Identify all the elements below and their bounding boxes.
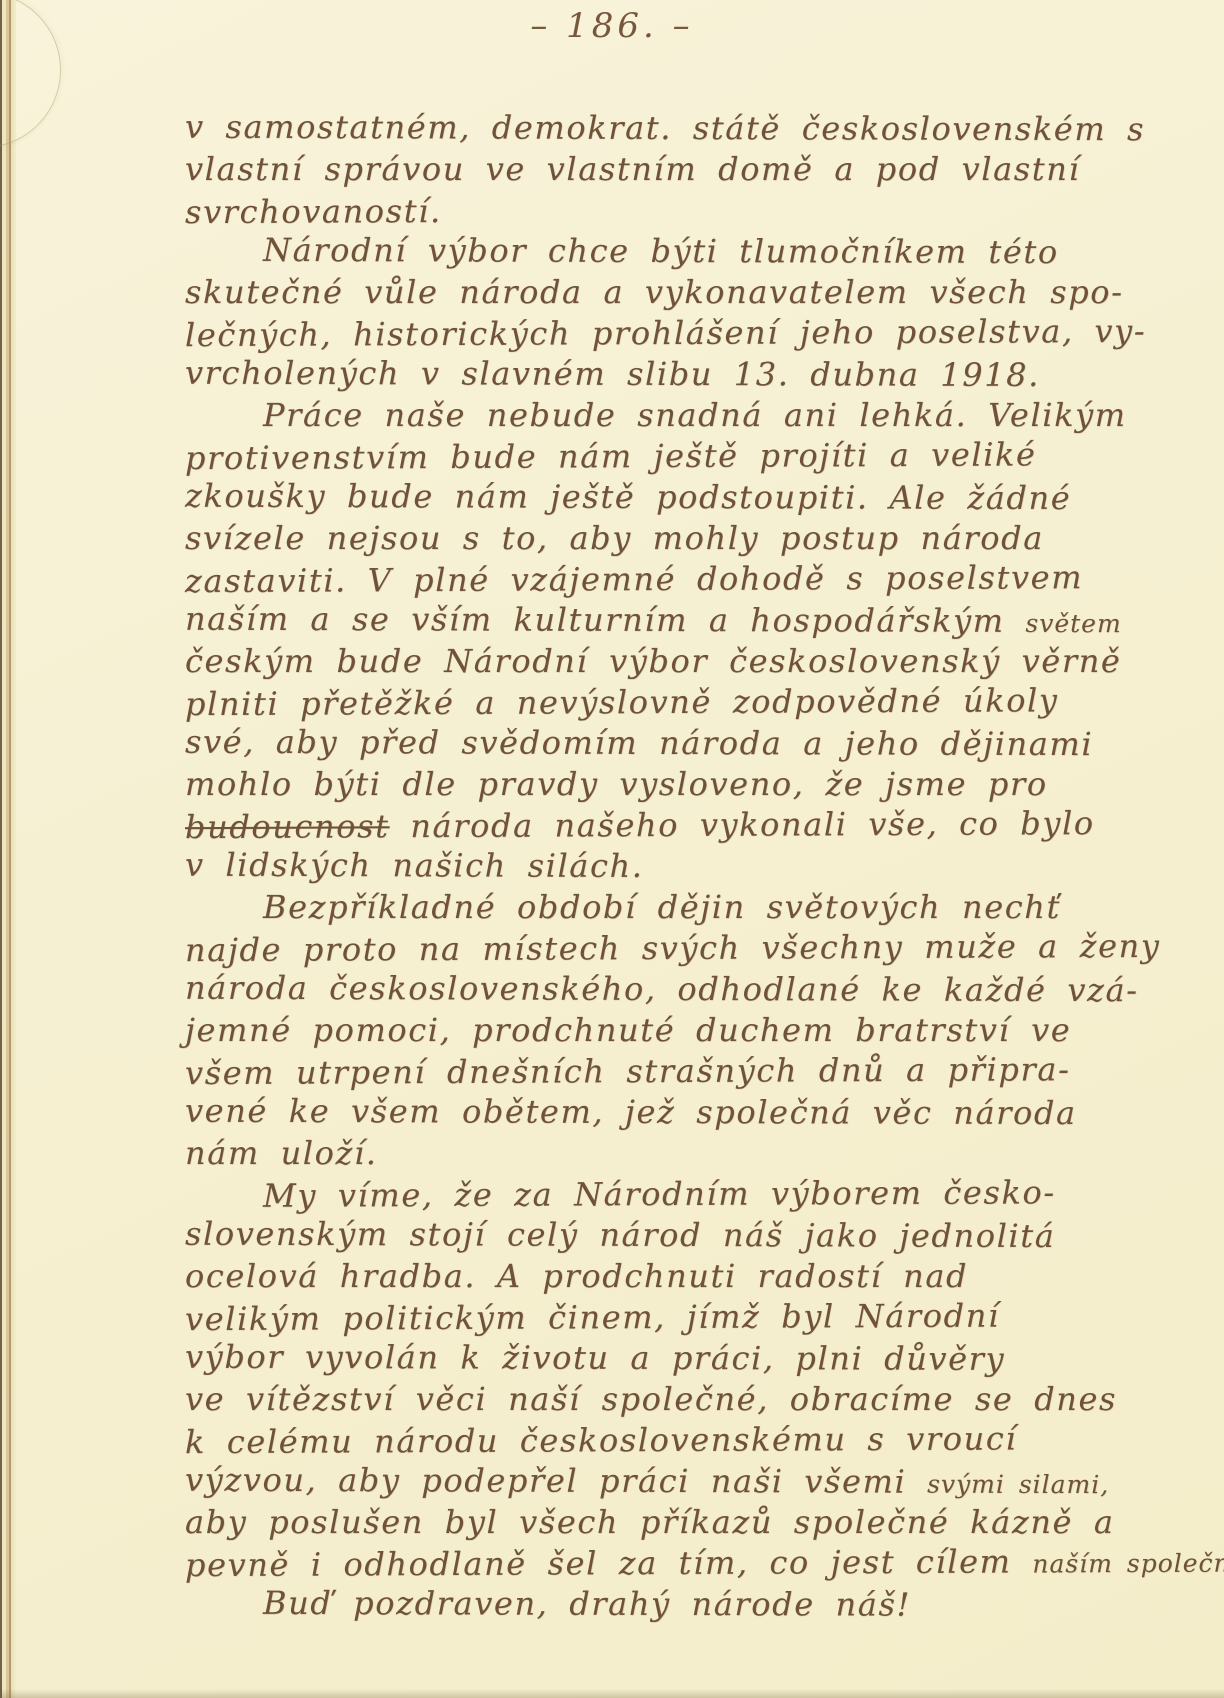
manuscript-line-segment: českým bude Národní výbor československý…: [185, 642, 1121, 680]
manuscript-line-segment: skutečné vůle národa a vykonavatelem vše…: [185, 273, 1124, 311]
manuscript-line: slovenským stojí celý národ náš jako jed…: [185, 1214, 1165, 1258]
manuscript-line-segment: slovenským stojí celý národ náš jako jed…: [185, 1215, 1056, 1255]
manuscript-line-segment: mohlo býti dle pravdy vysloveno, že jsme…: [185, 765, 1048, 803]
manuscript-line-segment: ve vítězství věci naší společné, obracím…: [185, 1380, 1117, 1418]
manuscript-line: protivenstvím bude nám ještě projíti a v…: [185, 434, 1165, 479]
manuscript-line-segment: jemné pomoci, prodchnuté duchem bratrstv…: [185, 1011, 1071, 1049]
manuscript-line-segment: výbor vyvolán k životu a práci, plni dův…: [185, 1338, 1005, 1378]
manuscript-line-segment: pevně i odhodlaně šel za tím, co jest cí…: [185, 1542, 1033, 1584]
manuscript-line: zkoušky bude nám ještě podstoupiti. Ale …: [185, 476, 1165, 520]
manuscript-line: vené ke všem obětem, jež společná věc ná…: [185, 1091, 1165, 1135]
manuscript-line-segment: My víme, že za Národním výborem česko-: [263, 1173, 1056, 1214]
manuscript-line: Práce naše nebude snadná ani lehká. Veli…: [185, 395, 1165, 436]
manuscript-line-segment: protivenstvím bude nám ještě projíti a v…: [185, 435, 1037, 477]
manuscript-line: své, aby před svědomím národa a jeho děj…: [185, 722, 1165, 766]
manuscript-line: výbor vyvolán k životu a práci, plni dův…: [185, 1337, 1165, 1381]
manuscript-line: skutečné vůle národa a vykonavatelem vše…: [185, 272, 1165, 313]
manuscript-line: Bezpříkladné období dějin světových nech…: [185, 887, 1165, 928]
manuscript-line: najde proto na místech svých všechny muž…: [185, 926, 1165, 971]
page-bottom-edge: [0, 1689, 1224, 1698]
manuscript-line: aby poslušen byl všech příkazů společné …: [185, 1502, 1165, 1543]
manuscript-line: výzvou, aby podepřel práci naši všemi sv…: [185, 1460, 1165, 1504]
manuscript-line: vrcholených v slavném slibu 13. dubna 19…: [185, 353, 1165, 397]
manuscript-line: velikým politickým činem, jímž byl Národ…: [185, 1295, 1165, 1340]
manuscript-line: lečných, historických prohlášení jeho po…: [185, 311, 1165, 356]
manuscript-line-segment: k celému národu československému s vrouc…: [185, 1420, 1017, 1462]
manuscript-line-segment: Národní výbor chce býti tlumočníkem této: [263, 231, 1059, 271]
manuscript-line: k celému národu československému s vrouc…: [185, 1418, 1165, 1463]
manuscript-line-segment: světem: [1025, 609, 1121, 638]
manuscript-line-segment: zastaviti. V plné vzájemné dohodě s pose…: [185, 558, 1083, 600]
manuscript-line-segment: vlastní správou ve vlastním domě a pod v…: [185, 150, 1080, 188]
manuscript-line-segment: velikým politickým činem, jímž byl Národ…: [185, 1297, 1000, 1339]
manuscript-line-segment: lečných, historických prohlášení jeho po…: [185, 312, 1146, 354]
manuscript-line-segment: aby poslušen byl všech příkazů společné …: [185, 1503, 1115, 1541]
manuscript-line: pevně i odhodlaně šel za tím, co jest cí…: [185, 1541, 1165, 1586]
manuscript-line-segment: naším společným.: [1032, 1548, 1224, 1578]
manuscript-line-segment: výzvou, aby podepřel práci naši všemi: [185, 1461, 927, 1501]
manuscript-line: českým bude Národní výbor československý…: [185, 641, 1165, 682]
manuscript-line: mohlo býti dle pravdy vysloveno, že jsme…: [185, 764, 1165, 805]
manuscript-line: svízele nejsou s to, aby mohly postup ná…: [185, 518, 1165, 559]
manuscript-line-segment: budoucnost: [185, 807, 390, 846]
manuscript-line: zastaviti. V plné vzájemné dohodě s pose…: [185, 557, 1165, 602]
manuscript-line: všem utrpení dnešních strašných dnů a př…: [185, 1049, 1165, 1094]
manuscript-line: vlastní správou ve vlastním domě a pod v…: [185, 149, 1165, 190]
manuscript-line-segment: národa československého, odhodlané ke ka…: [185, 969, 1139, 1009]
manuscript-line-segment: vrcholených v slavném slibu 13. dubna 19…: [185, 354, 1040, 394]
manuscript-page: – 186. – v samostatném, demokrat. státě …: [0, 0, 1224, 1698]
manuscript-line-segment: v lidských našich silách.: [185, 846, 644, 885]
manuscript-line-segment: svými silami,: [927, 1470, 1109, 1499]
manuscript-line: nám uloží.: [185, 1133, 1165, 1174]
manuscript-line-segment: všem utrpení dnešních strašných dnů a př…: [185, 1050, 1071, 1092]
manuscript-line-segment: ocelová hradba. A prodchnuti radostí nad: [185, 1257, 968, 1295]
manuscript-line: v samostatném, demokrat. státě českoslov…: [185, 107, 1165, 151]
manuscript-line-segment: svrchovaností.: [185, 192, 442, 231]
manuscript-line: naším a se vším kulturním a hospodářským…: [185, 599, 1165, 643]
manuscript-line-segment: Buď pozdraven, drahý národe náš!: [263, 1584, 911, 1624]
manuscript-line: ocelová hradba. A prodchnuti radostí nad: [185, 1256, 1165, 1297]
page-number: – 186. –: [0, 6, 1224, 46]
manuscript-line: v lidských našich silách.: [185, 845, 1165, 889]
manuscript-line-segment: v samostatném, demokrat. státě českoslov…: [185, 108, 1145, 149]
manuscript-line-segment: nám uloží.: [185, 1134, 378, 1172]
manuscript-line-segment: zkoušky bude nám ještě podstoupiti. Ale …: [185, 477, 1071, 517]
manuscript-text: v samostatném, demokrat. státě českoslov…: [185, 108, 1165, 1625]
manuscript-line: plniti přetěžké a nevýslovně zodpovědné …: [185, 680, 1165, 725]
manuscript-line-segment: své, aby před svědomím národa a jeho děj…: [185, 723, 1093, 763]
manuscript-line-segment: Práce naše nebude snadná ani lehká. Veli…: [263, 396, 1127, 434]
manuscript-line: budoucnost národa našeho vykonali vše, c…: [185, 803, 1165, 848]
manuscript-line-segment: národa našeho vykonali vše, co bylo: [389, 804, 1094, 845]
manuscript-line-segment: Bezpříkladné období dějin světových nech…: [263, 888, 1061, 926]
manuscript-line: Buď pozdraven, drahý národe náš!: [185, 1583, 1165, 1627]
book-binding-edge: [0, 0, 16, 1698]
manuscript-line: jemné pomoci, prodchnuté duchem bratrstv…: [185, 1010, 1165, 1051]
manuscript-line: My víme, že za Národním výborem česko-: [185, 1172, 1165, 1217]
manuscript-line: svrchovaností.: [185, 188, 1165, 233]
manuscript-line-segment: naším a se vším kulturním a hospodářským: [185, 600, 1026, 640]
manuscript-line-segment: svízele nejsou s to, aby mohly postup ná…: [185, 519, 1044, 557]
manuscript-line-segment: plniti přetěžké a nevýslovně zodpovědné …: [185, 681, 1059, 723]
manuscript-line: ve vítězství věci naší společné, obracím…: [185, 1379, 1165, 1420]
manuscript-line: národa československého, odhodlané ke ka…: [185, 968, 1165, 1012]
manuscript-line-segment: vené ke všem obětem, jež společná věc ná…: [185, 1092, 1077, 1132]
manuscript-line-segment: najde proto na místech svých všechny muž…: [185, 927, 1161, 969]
manuscript-line: Národní výbor chce býti tlumočníkem této: [185, 230, 1165, 274]
